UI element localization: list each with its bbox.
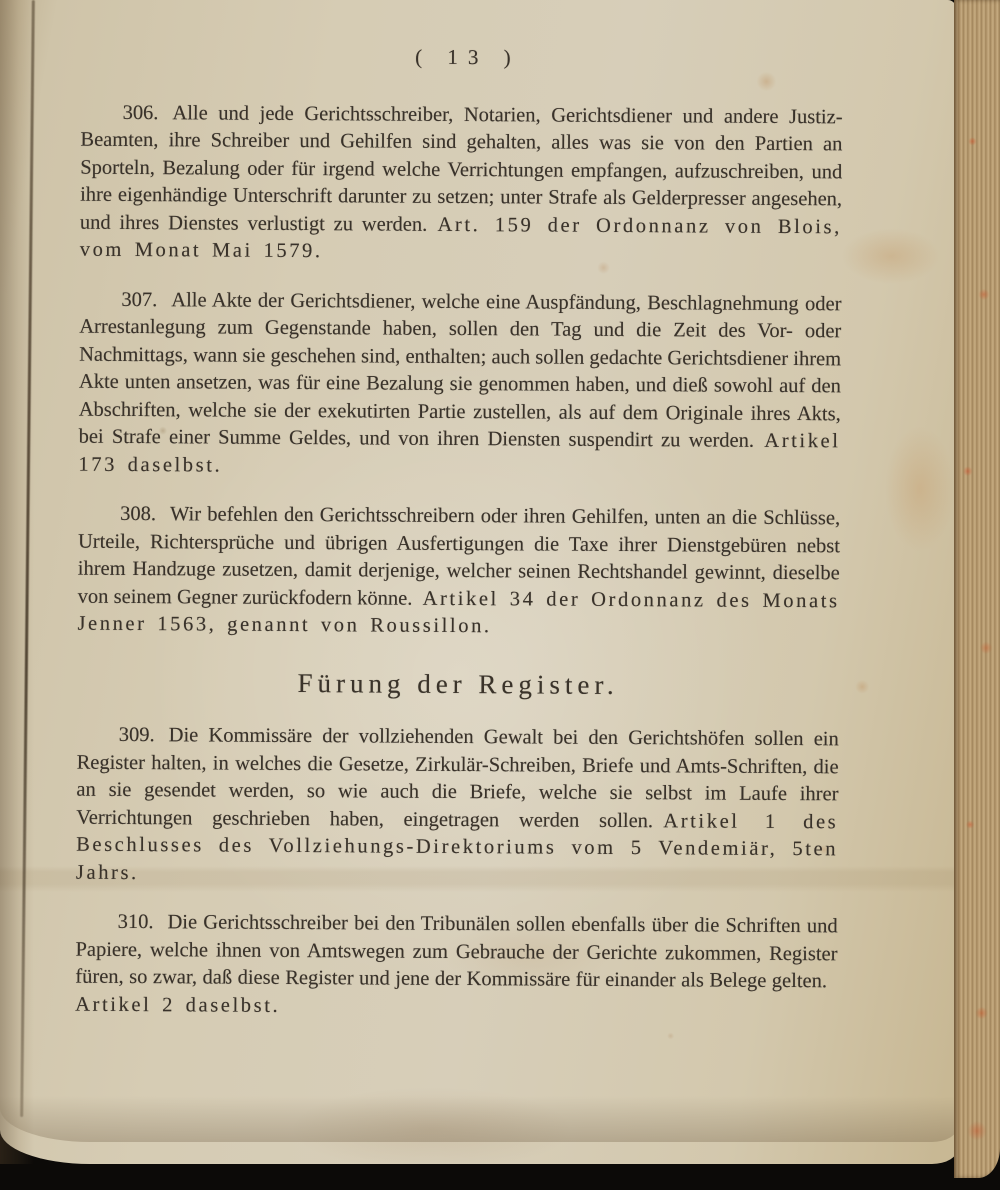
paragraph-309: 309.Die Kommissäre der vollziehenden Gew… [76, 722, 839, 892]
paragraph-308-number: 308. [120, 503, 156, 525]
paragraph-307: 307.Alle Akte der Gerichtsdiener, welche… [78, 286, 841, 483]
paragraph-307-text: Alle Akte der Gerichtsdiener, welche ein… [79, 289, 842, 452]
paragraph-307-number: 307. [121, 288, 157, 310]
page-content: ( 13 ) 306.Alle und jede Gerichtsschreib… [75, 34, 843, 1046]
binding-crease [20, 0, 35, 1117]
paragraph-306: 306.Alle und jede Gerichtsschreiber, Not… [80, 99, 843, 269]
paragraph-309-number: 309. [119, 724, 155, 746]
book-page: ( 13 ) 306.Alle und jede Gerichtsschreib… [0, 0, 958, 1164]
page-number: ( 13 ) [93, 42, 843, 74]
gutter-shadow [0, 0, 34, 1164]
paragraph-306-number: 306. [123, 101, 159, 123]
paragraph-310-number: 310. [118, 911, 154, 933]
paragraph-308: 308.Wir befehlen den Gerichtsschreibern … [77, 501, 840, 643]
paragraph-310: 310.Die Gerichtsschreiber bei den Tribun… [75, 909, 838, 1024]
page-bottom-shadow [0, 1096, 958, 1142]
book-scan-photo: ( 13 ) 306.Alle und jede Gerichtsschreib… [0, 0, 1000, 1190]
section-heading: Fürung der Register. [77, 668, 839, 700]
paragraph-310-text: Die Gerichtsschreiber bei den Tribunälen… [75, 911, 837, 992]
fore-edge-page-stack [954, 0, 1000, 1178]
